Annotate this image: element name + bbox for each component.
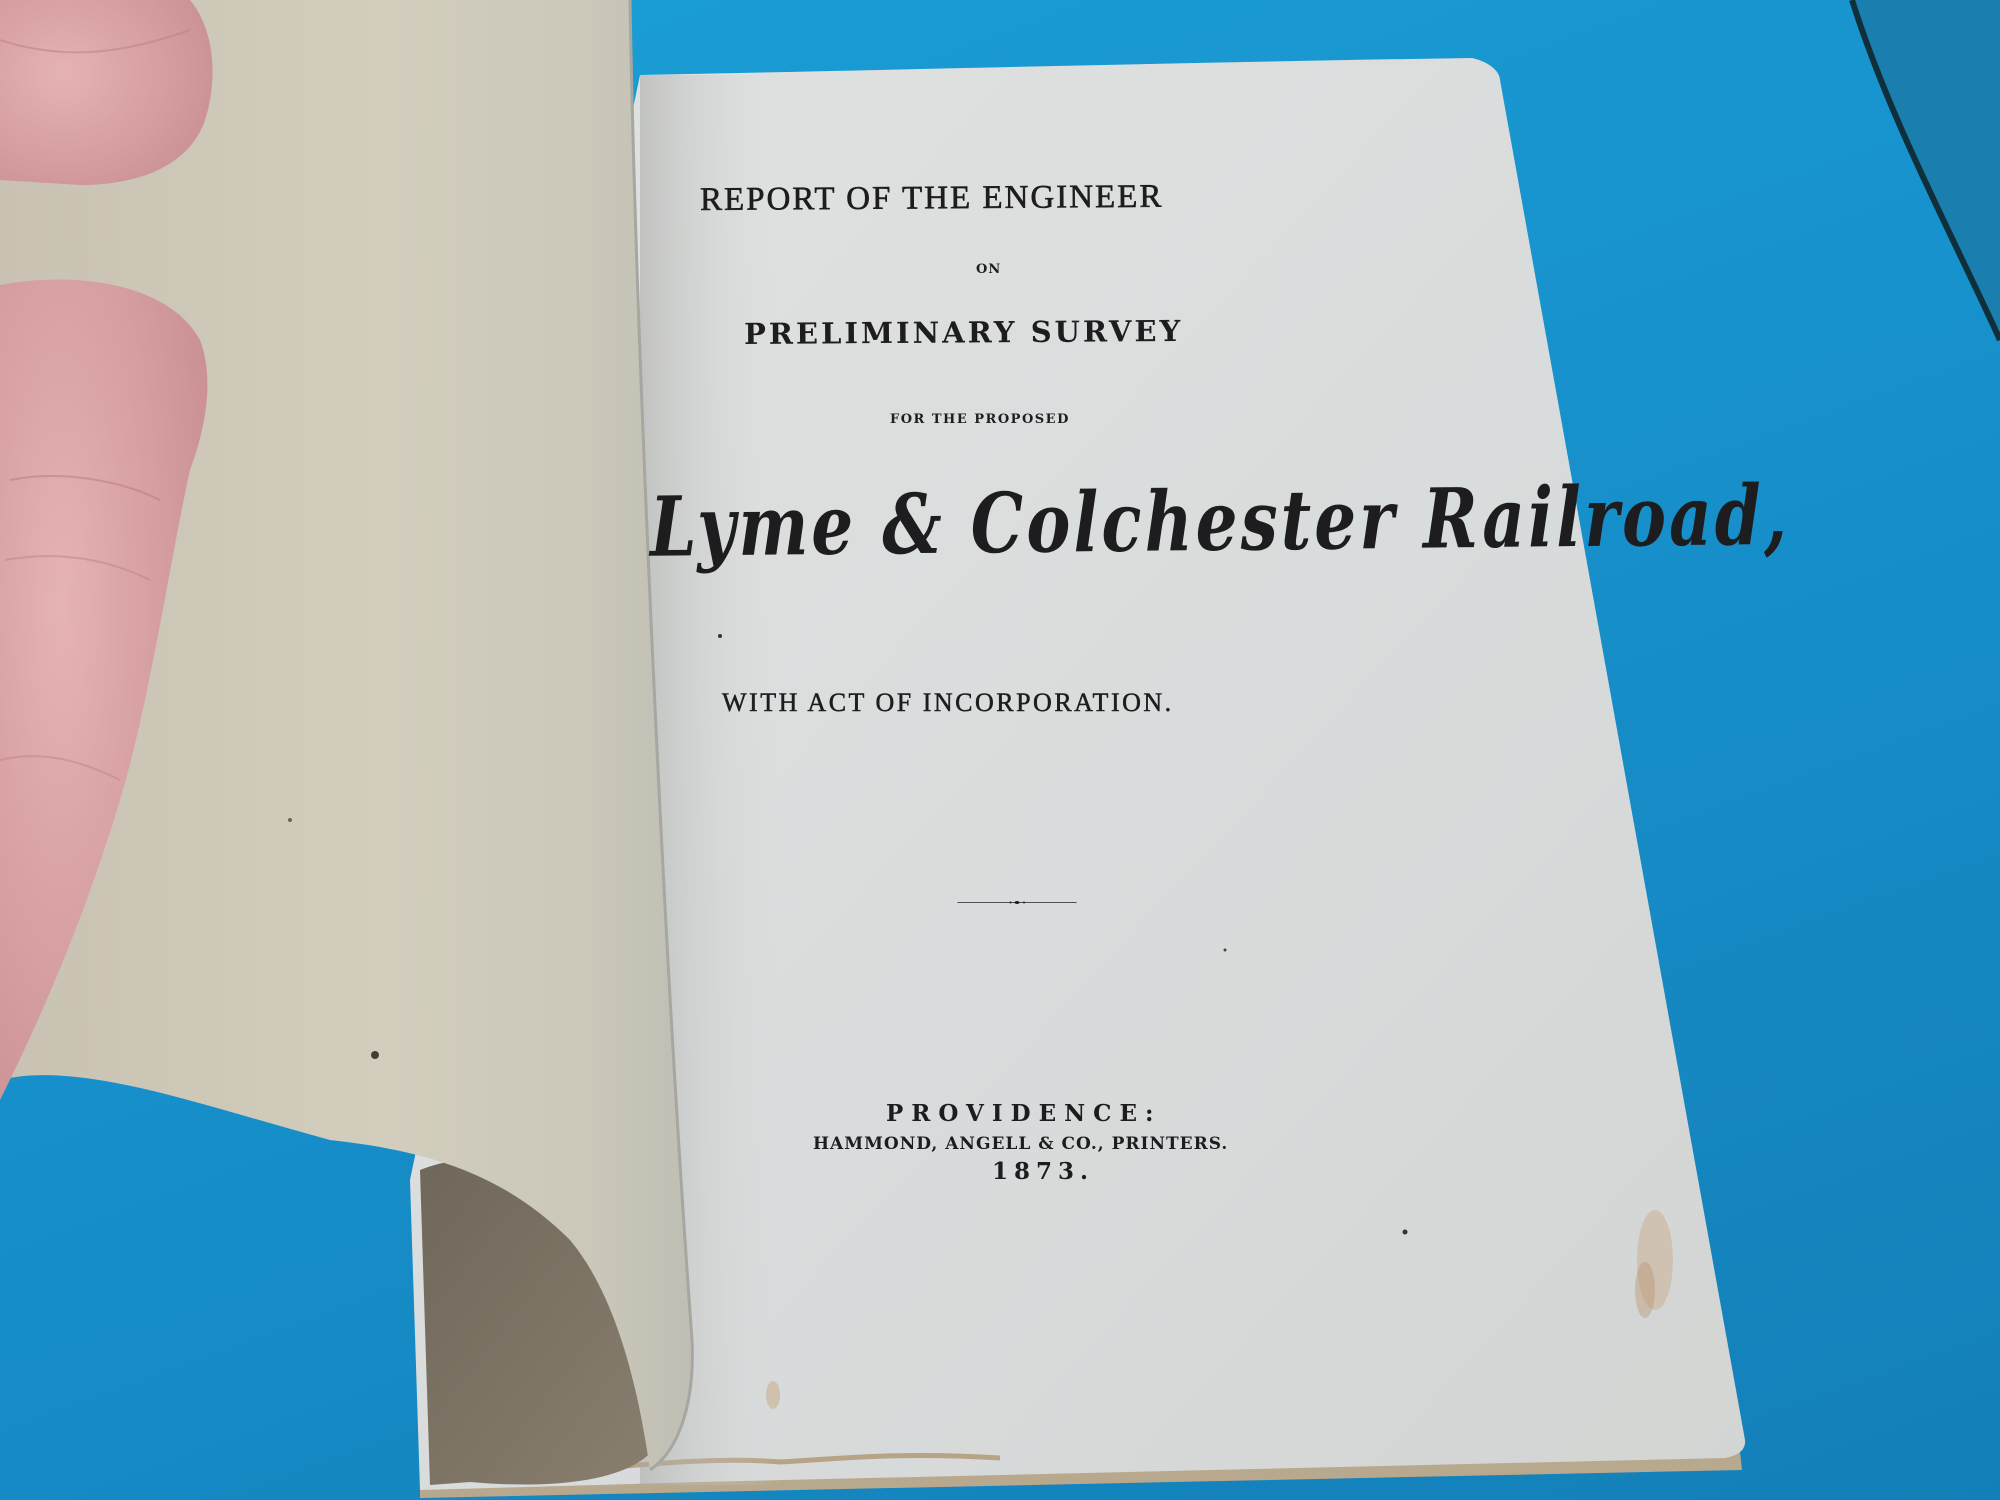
photo-scene: REPORT OF THE ENGINEER ON PRELIMINARY SU… — [0, 0, 2000, 1500]
scene-graphics — [0, 0, 2000, 1500]
